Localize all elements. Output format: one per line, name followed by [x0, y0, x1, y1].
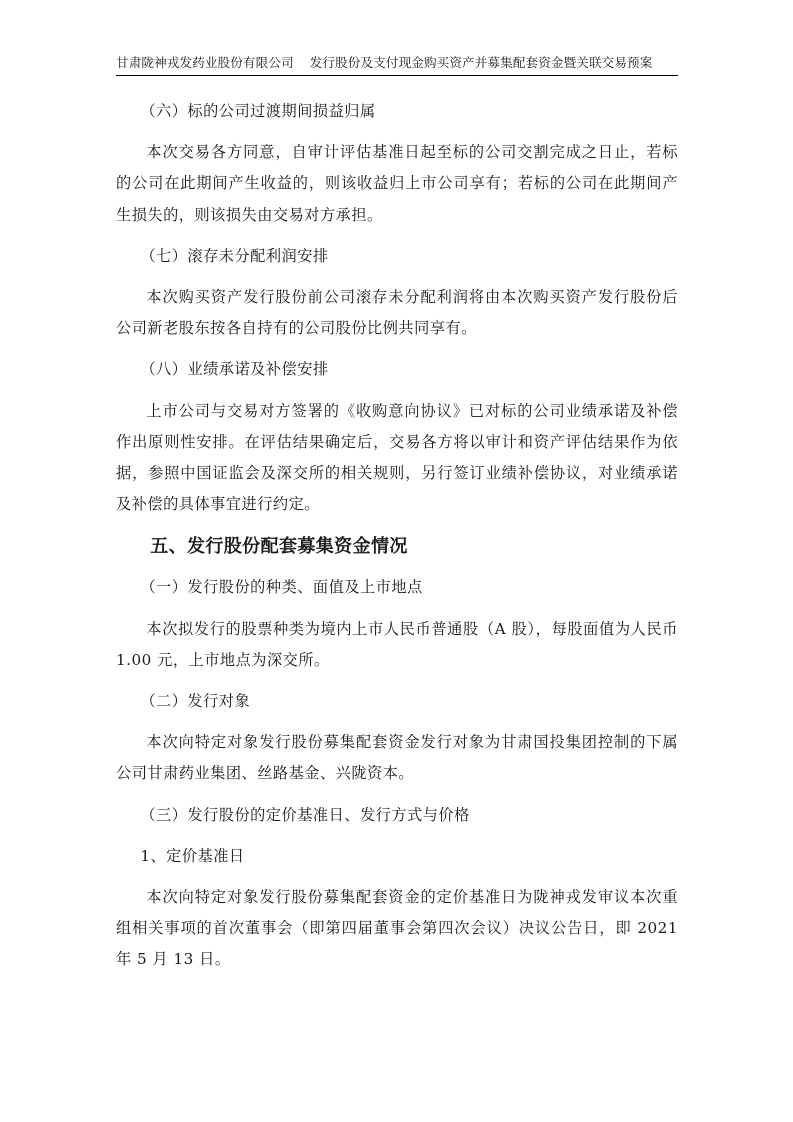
chapter-title-supporting-funds: 五、发行股份配套募集资金情况 — [116, 532, 678, 562]
paragraph-transition-period-pnl: 本次交易各方同意，自审计评估基准日起至标的公司交割完成之日止，若标的公司在此期间… — [116, 137, 678, 231]
paragraph-retained-profits: 本次购买资产发行股份前公司滚存未分配利润将由本次购买资产发行股份后公司新老股东按… — [116, 282, 678, 344]
paragraph-pricing-base-date: 本次向特定对象发行股份募集配套资金的定价基准日为陇神戎发审议本次重组相关事项的首… — [116, 882, 678, 976]
section-heading-performance-commitment: （八）业绩承诺及补偿安排 — [116, 354, 678, 385]
page-header: 甘肃陇神戎发药业股份有限公司发行股份及支付现金购买资产并募集配套资金暨关联交易预… — [116, 53, 678, 76]
paragraph-issuance-targets: 本次向特定对象发行股份募集配套资金发行对象为甘肃国投集团控制的下属公司甘肃药业集… — [116, 727, 678, 789]
paragraph-share-type: 本次拟发行的股票种类为境内上市人民币普通股（A 股），每股面值为人民币 1.00… — [116, 614, 678, 676]
header-document-title: 发行股份及支付现金购买资产并募集配套资金暨关联交易预案 — [310, 55, 653, 70]
section-heading-transition-period-pnl: （六）标的公司过渡期间损益归属 — [116, 96, 678, 127]
section-heading-share-type: （一）发行股份的种类、面值及上市地点 — [116, 572, 678, 603]
section-heading-issuance-targets: （二）发行对象 — [116, 686, 678, 717]
paragraph-performance-commitment: 上市公司与交易对方签署的《收购意向协议》已对标的公司业绩承诺及补偿作出原则性安排… — [116, 396, 678, 521]
header-company-name: 甘肃陇神戎发药业股份有限公司 — [116, 53, 294, 73]
document-body: （六）标的公司过渡期间损益归属 本次交易各方同意，自审计评估基准日起至标的公司交… — [116, 96, 678, 976]
item-heading-pricing-base-date: 1、定价基准日 — [116, 841, 678, 872]
section-heading-pricing: （三）发行股份的定价基准日、发行方式与价格 — [116, 800, 678, 831]
section-heading-retained-profits: （七）滚存未分配利润安排 — [116, 241, 678, 272]
